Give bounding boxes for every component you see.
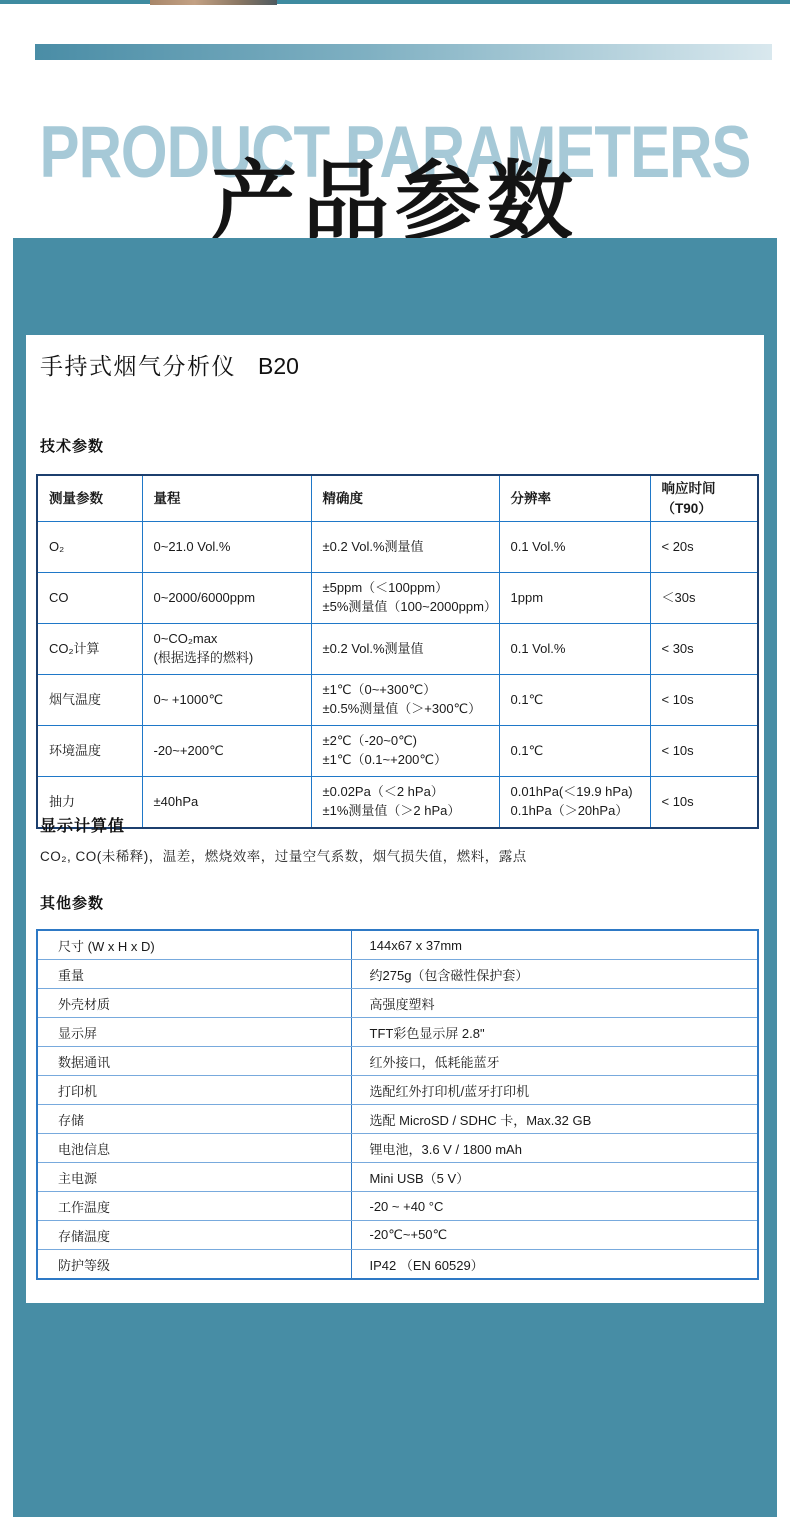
cell-accuracy: ±0.02Pa（＜2 hPa）±1%测量值（＞2 hPa） bbox=[311, 777, 499, 829]
product-name: 手持式烟气分析仪 bbox=[40, 353, 236, 379]
cell-line: ±1%测量值（＞2 hPa） bbox=[323, 802, 488, 821]
other-table-row: 尺寸 (W x H x D) 144x67 x 37mm bbox=[37, 930, 758, 960]
cell-line: ±0.2 Vol.%测量值 bbox=[323, 640, 488, 659]
param-label: 打印机 bbox=[37, 1076, 351, 1105]
param-label: 存储 bbox=[37, 1105, 351, 1134]
param-label: 电池信息 bbox=[37, 1134, 351, 1163]
cell-line: ±5ppm（＜100ppm） bbox=[323, 579, 488, 598]
param-value: TFT彩色显示屏 2.8" bbox=[351, 1018, 758, 1047]
cell-response-time: < 10s bbox=[650, 675, 758, 726]
product-model: B20 bbox=[258, 353, 299, 379]
param-label: 显示屏 bbox=[37, 1018, 351, 1047]
param-label: 存储温度 bbox=[37, 1221, 351, 1250]
cell-parameter: O₂ bbox=[37, 522, 142, 573]
tech-parameters-table: 测量参数 量程 精确度 分辨率 响应时间（T90） O₂ 0~21.0 Vol.… bbox=[36, 474, 759, 829]
cell-line: ±1℃（0.1~+200℃） bbox=[323, 751, 488, 770]
cell-line: ±0.2 Vol.%测量值 bbox=[323, 538, 488, 557]
param-label: 防护等级 bbox=[37, 1250, 351, 1280]
cell-resolution: 1ppm bbox=[499, 573, 650, 624]
col-header-range: 量程 bbox=[142, 475, 311, 522]
tech-table-row: 烟气温度 0~ +1000℃ ±1℃（0~+300℃）±0.5%测量值（＞+30… bbox=[37, 675, 758, 726]
cell-accuracy: ±0.2 Vol.%测量值 bbox=[311, 522, 499, 573]
heading-displayed-calculated-values: 显示计算值 bbox=[40, 813, 125, 836]
cell-resolution: 0.1 Vol.% bbox=[499, 624, 650, 675]
teal-background-panel: 手持式烟气分析仪B20 技术参数 测量参数 量程 精确度 分辨率 响应时间（T9… bbox=[13, 238, 777, 1517]
cell-line: 0.1℃ bbox=[511, 742, 639, 761]
param-value: Mini USB（5 V） bbox=[351, 1163, 758, 1192]
cell-line: ±5%测量值（100~2000ppm） bbox=[323, 598, 488, 617]
cell-line: 0~CO₂max bbox=[154, 630, 300, 649]
cell-line: (根据选择的燃料) bbox=[154, 649, 300, 668]
heading-technical-parameters: 技术参数 bbox=[40, 435, 104, 456]
other-table-row: 防护等级 IP42 （EN 60529） bbox=[37, 1250, 758, 1280]
cell-accuracy: ±0.2 Vol.%测量值 bbox=[311, 624, 499, 675]
cell-parameter: 烟气温度 bbox=[37, 675, 142, 726]
tech-table-row: O₂ 0~21.0 Vol.% ±0.2 Vol.%测量值 0.1 Vol.% … bbox=[37, 522, 758, 573]
tech-table-row: CO₂计算 0~CO₂max(根据选择的燃料) ±0.2 Vol.%测量值 0.… bbox=[37, 624, 758, 675]
cell-line: 0.1hPa（＞20hPa） bbox=[511, 802, 639, 821]
param-label: 尺寸 (W x H x D) bbox=[37, 930, 351, 960]
other-parameters-table: 尺寸 (W x H x D) 144x67 x 37mm 重量 约275g（包含… bbox=[36, 929, 759, 1280]
param-label: 主电源 bbox=[37, 1163, 351, 1192]
cell-resolution: 0.1 Vol.% bbox=[499, 522, 650, 573]
other-table-row: 重量 约275g（包含磁性保护套） bbox=[37, 960, 758, 989]
param-value: -20℃~+50℃ bbox=[351, 1221, 758, 1250]
cell-line: 0.1 Vol.% bbox=[511, 640, 639, 659]
tech-table-row: CO 0~2000/6000ppm ±5ppm（＜100ppm）±5%测量值（1… bbox=[37, 573, 758, 624]
divider-gradient-bar bbox=[35, 44, 772, 60]
cell-line: 0~21.0 Vol.% bbox=[154, 538, 300, 557]
cell-parameter: 环境温度 bbox=[37, 726, 142, 777]
col-header-resolution: 分辨率 bbox=[499, 475, 650, 522]
cell-range: 0~2000/6000ppm bbox=[142, 573, 311, 624]
cell-accuracy: ±2℃（-20~0℃)±1℃（0.1~+200℃） bbox=[311, 726, 499, 777]
tech-table-header-row: 测量参数 量程 精确度 分辨率 响应时间（T90） bbox=[37, 475, 758, 522]
cell-line: 0.1 Vol.% bbox=[511, 538, 639, 557]
spec-card: 手持式烟气分析仪B20 技术参数 测量参数 量程 精确度 分辨率 响应时间（T9… bbox=[26, 335, 764, 1303]
col-header-response-time: 响应时间（T90） bbox=[650, 475, 758, 522]
cell-line: 0.1℃ bbox=[511, 691, 639, 710]
other-table-row: 电池信息 锂电池，3.6 V / 1800 mAh bbox=[37, 1134, 758, 1163]
param-value: 锂电池，3.6 V / 1800 mAh bbox=[351, 1134, 758, 1163]
param-value: 选配 MicroSD / SDHC 卡，Max.32 GB bbox=[351, 1105, 758, 1134]
cell-response-time: < 10s bbox=[650, 726, 758, 777]
param-value: 144x67 x 37mm bbox=[351, 930, 758, 960]
product-title: 手持式烟气分析仪B20 bbox=[40, 348, 299, 381]
param-value: 约275g（包含磁性保护套） bbox=[351, 960, 758, 989]
other-table-row: 工作温度 -20 ~ +40 °C bbox=[37, 1192, 758, 1221]
col-header-parameter: 测量参数 bbox=[37, 475, 142, 522]
cell-line: ±2℃（-20~0℃) bbox=[323, 732, 488, 751]
cell-range: 0~ +1000℃ bbox=[142, 675, 311, 726]
other-table-row: 主电源 Mini USB（5 V） bbox=[37, 1163, 758, 1192]
cell-parameter: CO bbox=[37, 573, 142, 624]
param-label: 外壳材质 bbox=[37, 989, 351, 1018]
other-table-row: 外壳材质 高强度塑料 bbox=[37, 989, 758, 1018]
param-label: 重量 bbox=[37, 960, 351, 989]
cell-line: 0.01hPa(＜19.9 hPa) bbox=[511, 783, 639, 802]
param-label: 工作温度 bbox=[37, 1192, 351, 1221]
heading-other-parameters: 其他参数 bbox=[40, 892, 104, 913]
cell-line: ±1℃（0~+300℃） bbox=[323, 681, 488, 700]
cell-resolution: 0.1℃ bbox=[499, 675, 650, 726]
other-table-row: 显示屏 TFT彩色显示屏 2.8" bbox=[37, 1018, 758, 1047]
param-value: 选配红外打印机/蓝牙打印机 bbox=[351, 1076, 758, 1105]
other-table-row: 存储温度 -20℃~+50℃ bbox=[37, 1221, 758, 1250]
col-header-accuracy: 精确度 bbox=[311, 475, 499, 522]
cell-parameter: CO₂计算 bbox=[37, 624, 142, 675]
cell-range: -20~+200℃ bbox=[142, 726, 311, 777]
cell-resolution: 0.01hPa(＜19.9 hPa)0.1hPa（＞20hPa） bbox=[499, 777, 650, 829]
top-accent-bar bbox=[0, 0, 790, 4]
cell-line: 0~ +1000℃ bbox=[154, 691, 300, 710]
cell-range: ±40hPa bbox=[142, 777, 311, 829]
cell-response-time: < 30s bbox=[650, 624, 758, 675]
param-value: 高强度塑料 bbox=[351, 989, 758, 1018]
cell-accuracy: ±5ppm（＜100ppm）±5%测量值（100~2000ppm） bbox=[311, 573, 499, 624]
tech-table-row: 环境温度 -20~+200℃ ±2℃（-20~0℃)±1℃（0.1~+200℃）… bbox=[37, 726, 758, 777]
cell-line: ±0.5%测量值（＞+300℃） bbox=[323, 700, 488, 719]
param-value: -20 ~ +40 °C bbox=[351, 1192, 758, 1221]
other-table-row: 数据通讯 红外接口，低耗能蓝牙 bbox=[37, 1047, 758, 1076]
param-label: 数据通讯 bbox=[37, 1047, 351, 1076]
cell-response-time: ＜30s bbox=[650, 573, 758, 624]
cell-range: 0~21.0 Vol.% bbox=[142, 522, 311, 573]
cell-line: 1ppm bbox=[511, 589, 639, 608]
cell-range: 0~CO₂max(根据选择的燃料) bbox=[142, 624, 311, 675]
cell-line: ±0.02Pa（＜2 hPa） bbox=[323, 783, 488, 802]
other-table-row: 打印机 选配红外打印机/蓝牙打印机 bbox=[37, 1076, 758, 1105]
cell-line: -20~+200℃ bbox=[154, 742, 300, 761]
previous-section-photo-fragment bbox=[150, 0, 277, 5]
cell-response-time: < 20s bbox=[650, 522, 758, 573]
cell-response-time: < 10s bbox=[650, 777, 758, 829]
tech-table-row: 抽力 ±40hPa ±0.02Pa（＜2 hPa）±1%测量值（＞2 hPa） … bbox=[37, 777, 758, 829]
calculated-values-list: CO₂, CO(未稀释)，温差，燃烧效率，过量空气系数，烟气损失值，燃料，露点 bbox=[40, 845, 527, 865]
param-value: IP42 （EN 60529） bbox=[351, 1250, 758, 1280]
param-value: 红外接口，低耗能蓝牙 bbox=[351, 1047, 758, 1076]
cell-resolution: 0.1℃ bbox=[499, 726, 650, 777]
other-table-row: 存储 选配 MicroSD / SDHC 卡，Max.32 GB bbox=[37, 1105, 758, 1134]
cell-line: ±40hPa bbox=[154, 793, 300, 812]
cell-accuracy: ±1℃（0~+300℃）±0.5%测量值（＞+300℃） bbox=[311, 675, 499, 726]
cell-line: 0~2000/6000ppm bbox=[154, 589, 300, 608]
